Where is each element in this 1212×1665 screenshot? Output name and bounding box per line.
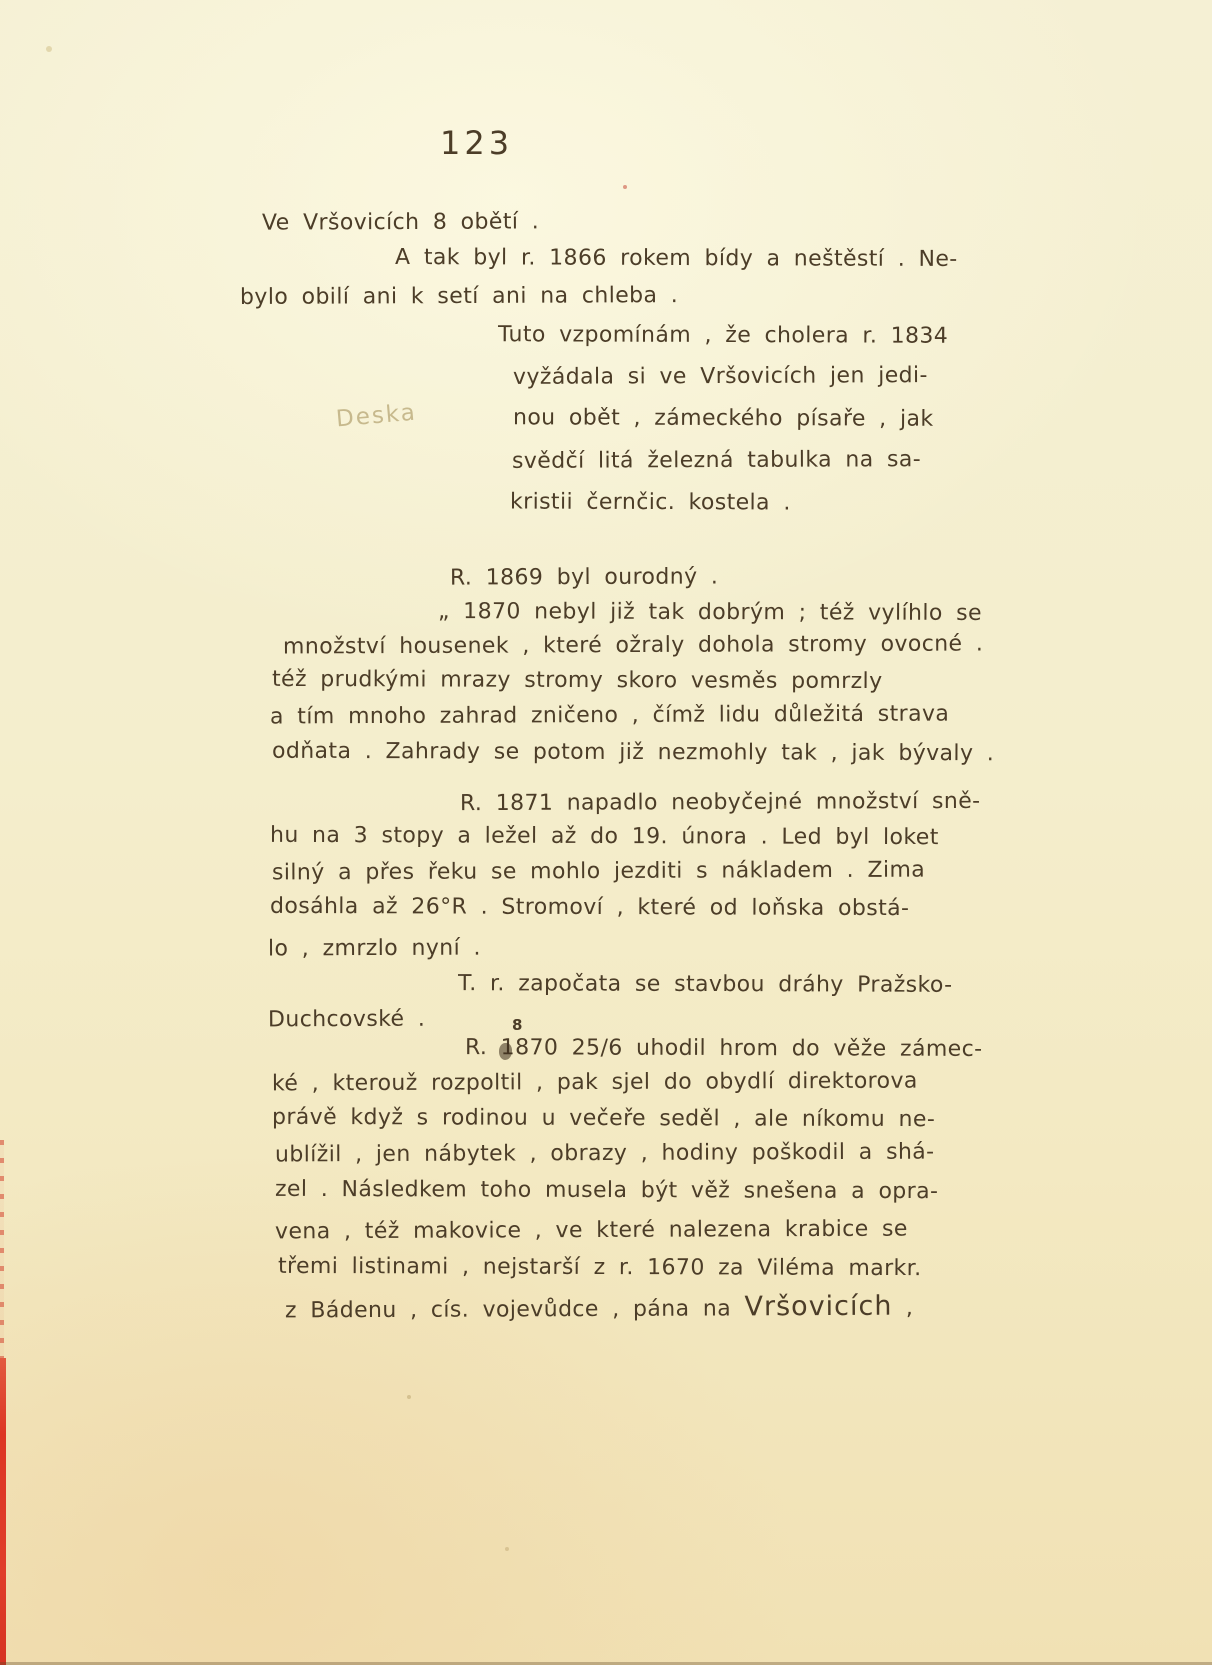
last-line-prefix: z Bádenu , cís. vojevůdce , pána na [285,1296,745,1323]
manuscript-line: a tím mnoho zahrad zničeno , čímž lidu d… [270,702,949,730]
manuscript-line: bylo obilí ani k setí ani na chleba . [240,283,678,310]
page-number: 123 [440,124,513,162]
book-edge-red-faint [0,1140,4,1360]
last-line-suffix: , [892,1296,913,1321]
manuscript-line: též prudkými mrazy stromy skoro vesměs p… [272,667,883,694]
manuscript-line: Tuto vzpomínám , že cholera r. 1834 [498,322,948,349]
manuscript-line: R. 1869 byl ourodný . [450,564,718,590]
manuscript-line: T. r. započata se stavbou dráhy Pražsko- [458,971,953,998]
manuscript-line: silný a přes řeku se mohlo jezditi s nák… [272,858,925,886]
manuscript-line: R. 1870 25/6 uhodil hrom do věže zámec- [465,1035,983,1062]
manuscript-line: svědčí litá železná tabulka na sa- [512,447,921,474]
manuscript-line: právě když s rodinou u večeře seděl , al… [272,1105,935,1132]
manuscript-line: vyžádala si ve Vršovicích jen jedi- [513,363,928,390]
manuscript-line: Duchcovské . [268,1007,425,1033]
manuscript-line: „ 1870 nebyl již tak dobrým ; též vylíhl… [438,599,982,626]
manuscript-page: 123 Deska Ve Vršovicích 8 obětí . A tak … [0,0,1212,1665]
last-line-emphasis: Vršovicích [744,1291,892,1323]
manuscript-line: nou obět , zámeckého písaře , jak [513,405,934,431]
manuscript-line: hu na 3 stopy a ležel až do 19. února . … [270,823,939,850]
manuscript-line: z Bádenu , cís. vojevůdce , pána na Vršo… [285,1291,913,1325]
manuscript-line: kristii černčic. kostela . [510,490,791,516]
manuscript-line: množství housenek , které ožraly dohola … [283,631,983,659]
manuscript-line: ké , kterouž rozpoltil , pak sjel do oby… [272,1069,918,1097]
manuscript-line: A tak byl r. 1866 rokem bídy a neštěstí … [395,245,958,272]
manuscript-line: dosáhla až 26°R . Stromoví , které od lo… [270,894,909,921]
manuscript-line: třemi listinami , nejstarší z r. 1670 za… [278,1254,922,1281]
manuscript-line: lo , zmrzlo nyní . [268,936,481,962]
book-edge-red [0,1358,6,1665]
manuscript-line: ublížil , jen nábytek , obrazy , hodiny … [275,1140,935,1168]
manuscript-line: zel . Následkem toho musela být věž sneš… [275,1177,938,1204]
manuscript-line: odňata . Zahrady se potom již nezmohly t… [272,739,994,767]
year-correction-superscript: 8 [512,1016,522,1034]
manuscript-line: R. 1871 napadlo neobyčejné množství sně- [460,789,981,816]
paper-speck [623,185,627,189]
margin-note-pencil: Deska [335,400,418,433]
manuscript-line: Ve Vršovicích 8 obětí . [262,209,539,235]
manuscript-line: vena , též makovice , ve které nalezena … [275,1217,908,1245]
